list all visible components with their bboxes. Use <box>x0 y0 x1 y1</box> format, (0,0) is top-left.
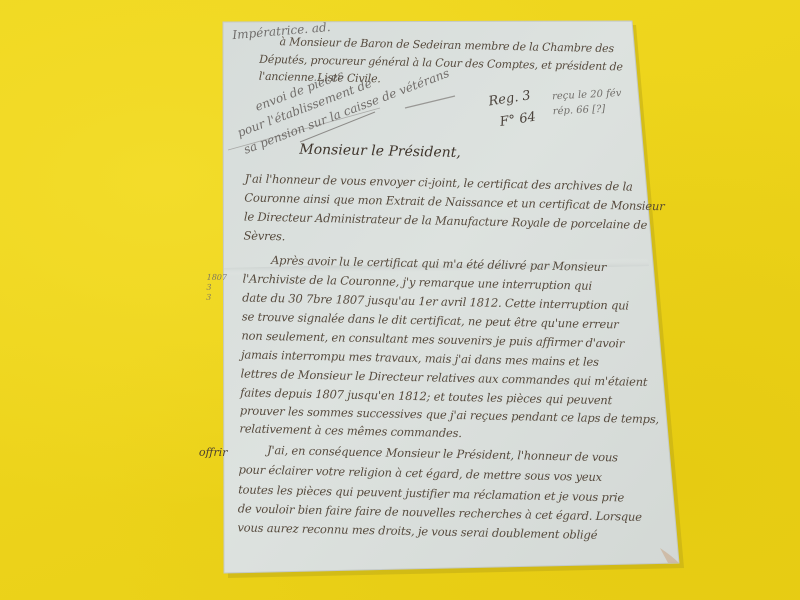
body-line: non seulement, en consultant mes souveni… <box>241 328 624 350</box>
received-note: reçu le 20 fév rép. 66 [?] <box>552 86 623 119</box>
body-line: lettres de Monsieur le Directeur relativ… <box>240 366 647 389</box>
body-line: date du 30 7bre 1807 jusqu'au 1er avril … <box>242 290 629 312</box>
body-line: toutes les pièces qui peuvent justifier … <box>238 482 624 504</box>
body-line: Sèvres. <box>243 228 285 243</box>
salutation: Monsieur le Président, <box>299 142 461 161</box>
margin-word-offrir: offrir <box>199 446 228 460</box>
margin-small-numbers: 1807 3 3 <box>206 273 227 303</box>
margin-number: 3 <box>206 283 227 293</box>
body-line: le Directeur Administrateur de la Manufa… <box>244 209 648 231</box>
body-line: se trouve signalée dans le dit certifica… <box>242 309 619 331</box>
register-reference: Reg. 3 F° 64 <box>487 85 537 135</box>
reply-note: rép. 66 [?] <box>552 101 622 119</box>
body-line: vous aurez reconnu mes droits, je vous s… <box>237 520 597 542</box>
body-line: J'ai l'honneur de vous envoyer ci-joint,… <box>245 171 633 193</box>
margin-number: 1807 <box>207 273 228 283</box>
letter-photograph: Impératrice. ad. à Monsieur de Baron de … <box>0 0 800 600</box>
body-line: pour éclairer votre religion à cet égard… <box>238 462 602 484</box>
body-line: relativement à ces mêmes commandes. <box>239 421 462 440</box>
body-line: J'ai, en conséquence Monsieur le Préside… <box>267 443 618 464</box>
body-line: jamais interrompu mes travaux, mais j'ai… <box>241 347 599 368</box>
margin-number: 3 <box>206 293 227 303</box>
header-line: à Monsieur de Baron de Sedeiran membre d… <box>279 35 614 55</box>
letter-content: Impératrice. ad. à Monsieur de Baron de … <box>213 22 644 576</box>
margin-note: envoi de pièces pour l'établissement de … <box>228 30 452 158</box>
body-line: Après avoir lu le certificat qui m'a été… <box>271 253 606 274</box>
reference-folio: F° 64 <box>498 107 537 134</box>
body-line: de vouloir bien faire faire de nouvelles… <box>238 501 642 523</box>
body-line: l'Archiviste de la Couronne, j'y remarqu… <box>242 271 592 292</box>
